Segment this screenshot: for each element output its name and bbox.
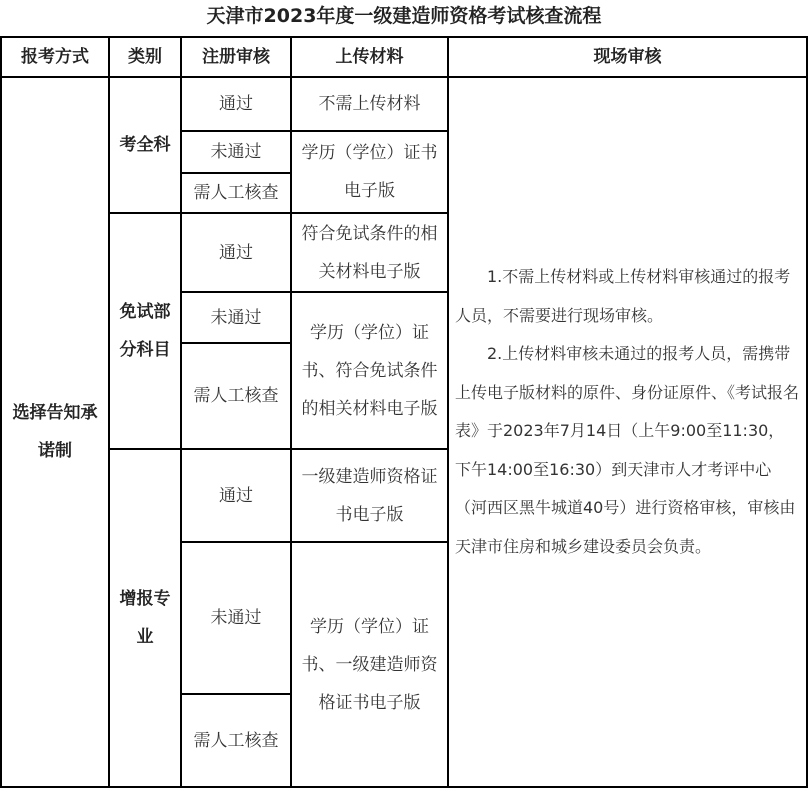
table-border-bottom — [0, 786, 808, 788]
review-pass: 通过 — [182, 78, 290, 130]
header-registration-review: 注册审核 — [182, 38, 290, 76]
upload-degree-cert: 学历（学位）证书电子版 — [300, 132, 439, 212]
header-category: 类别 — [110, 38, 180, 76]
review-pass: 通过 — [182, 450, 290, 541]
review-manual: 需人工核查 — [182, 344, 290, 448]
category-add-specialty: 增报专业 — [116, 450, 174, 786]
upload-none: 不需上传材料 — [292, 78, 447, 130]
header-upload-materials: 上传材料 — [292, 38, 447, 76]
review-manual: 需人工核查 — [182, 695, 290, 786]
category-full-subjects: 考全科 — [112, 78, 178, 212]
method-cell: 选择告知承诺制 — [6, 78, 104, 786]
table-border-left — [0, 36, 2, 788]
review-fail: 未通过 — [182, 132, 290, 172]
header-onsite-review: 现场审核 — [449, 38, 806, 76]
onsite-review-notes: 1.不需上传材料或上传材料审核通过的报考人员，不需要进行现场审核。 2.上传材料… — [455, 258, 800, 566]
review-manual: 需人工核查 — [182, 174, 290, 212]
col-divider-4 — [447, 36, 449, 788]
document-title: 天津市2023年度一级建造师资格考试核查流程 — [0, 2, 808, 30]
upload-exempt-materials: 符合免试条件的相关材料电子版 — [298, 214, 441, 291]
header-method: 报考方式 — [2, 38, 108, 76]
review-fail: 未通过 — [182, 293, 290, 342]
onsite-note-1: 1.不需上传材料或上传材料审核通过的报考人员，不需要进行现场审核。 — [455, 258, 800, 335]
col-divider-3 — [290, 36, 292, 788]
upload-degree-and-constructor-cert: 学历（学位）证书、一级建造师资格证书电子版 — [298, 543, 441, 786]
onsite-note-2: 2.上传材料审核未通过的报考人员，需携带上传电子版材料的原件、身份证原件、《考试… — [455, 335, 800, 566]
review-pass: 通过 — [182, 214, 290, 291]
col-divider-1 — [108, 36, 110, 788]
review-fail: 未通过 — [182, 543, 290, 693]
category-partial-exempt: 免试部分科目 — [112, 214, 178, 448]
upload-degree-and-exempt: 学历（学位）证书、符合免试条件的相关材料电子版 — [298, 293, 441, 448]
upload-constructor-cert: 一级建造师资格证书电子版 — [298, 450, 441, 541]
